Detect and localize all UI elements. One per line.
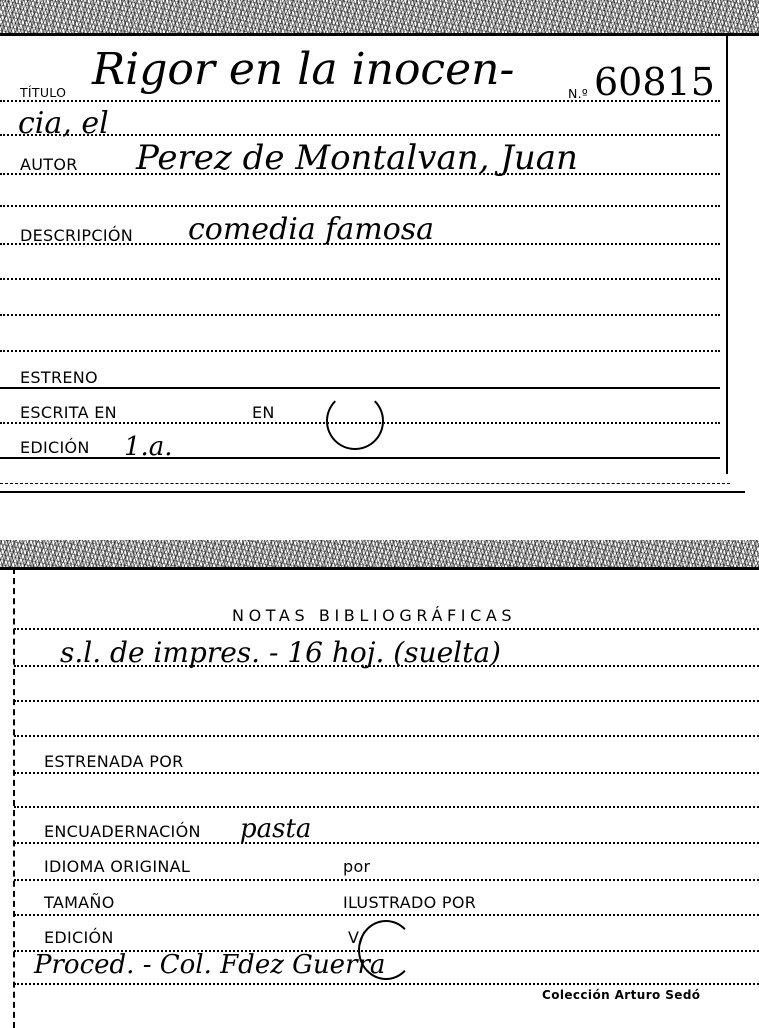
blank-rule-3 <box>0 314 720 316</box>
front-card-header-strip <box>0 0 759 36</box>
notas-bibliograficas-heading: NOTAS BIBLIOGRÁFICAS <box>232 606 516 625</box>
estreno-rule <box>0 387 720 389</box>
procedencia-value: Proced. - Col. Fdez Guerra <box>34 950 385 980</box>
por-label: por <box>343 857 370 876</box>
notas-rule-2 <box>14 700 759 702</box>
autor-rule <box>0 173 720 175</box>
encuadernacion-rule <box>14 842 759 844</box>
autor-value: Perez de Montalvan, Juan <box>136 138 578 178</box>
notas-rule-1 <box>14 665 759 667</box>
estrenada-por-label: ESTRENADA POR <box>44 752 184 771</box>
blank-rule-2 <box>0 278 720 280</box>
edicion-rule <box>0 457 720 459</box>
front-card-right-border <box>726 34 728 474</box>
descripcion-rule <box>0 243 720 245</box>
blank-rule-1 <box>0 205 720 207</box>
estreno-label: ESTRENO <box>20 368 98 387</box>
edicion-label: EDICIÓN <box>20 438 90 457</box>
idioma-original-label: IDIOMA ORIGINAL <box>44 857 190 876</box>
escrita-en-label: ESCRITA EN <box>20 403 117 422</box>
coleccion-footer: Colección Arturo Sedó <box>542 988 700 1002</box>
encuadernacion-value: pasta <box>240 814 311 844</box>
back-card-header-strip <box>0 540 759 570</box>
numero-label: N.º <box>568 86 588 101</box>
procedencia-rule <box>14 983 759 985</box>
front-bottom-faint-rule <box>0 483 730 484</box>
titulo-rule <box>0 100 720 102</box>
back-edicion-label: EDICIÓN <box>44 928 114 947</box>
encuadernacion-label: ENCUADERNACIÓN <box>44 822 201 841</box>
tamano-rule <box>14 914 759 916</box>
autor-label: AUTOR <box>20 155 78 174</box>
idioma-original-rule <box>14 879 759 881</box>
estrenada-por-rule <box>14 772 759 774</box>
notas-heading-rule <box>14 628 759 630</box>
notas-rule-3 <box>14 735 759 737</box>
numero-value: 60815 <box>594 60 715 104</box>
front-card-bottom-edge <box>0 491 745 493</box>
stamp-mark-front <box>326 392 384 450</box>
titulo-label: TÍTULO <box>20 85 66 100</box>
titulo-continuation-rule <box>0 134 720 136</box>
back-blank-rule <box>14 806 759 808</box>
en-label: EN <box>252 403 275 422</box>
back-card-left-border <box>13 568 15 1028</box>
ilustrado-por-label: ILUSTRADO POR <box>343 893 476 912</box>
descripcion-value: comedia famosa <box>188 212 434 247</box>
tamano-label: TAMAÑO <box>44 893 115 912</box>
blank-rule-4 <box>0 350 720 352</box>
titulo-value-line1: Rigor en la inocen- <box>92 44 514 95</box>
